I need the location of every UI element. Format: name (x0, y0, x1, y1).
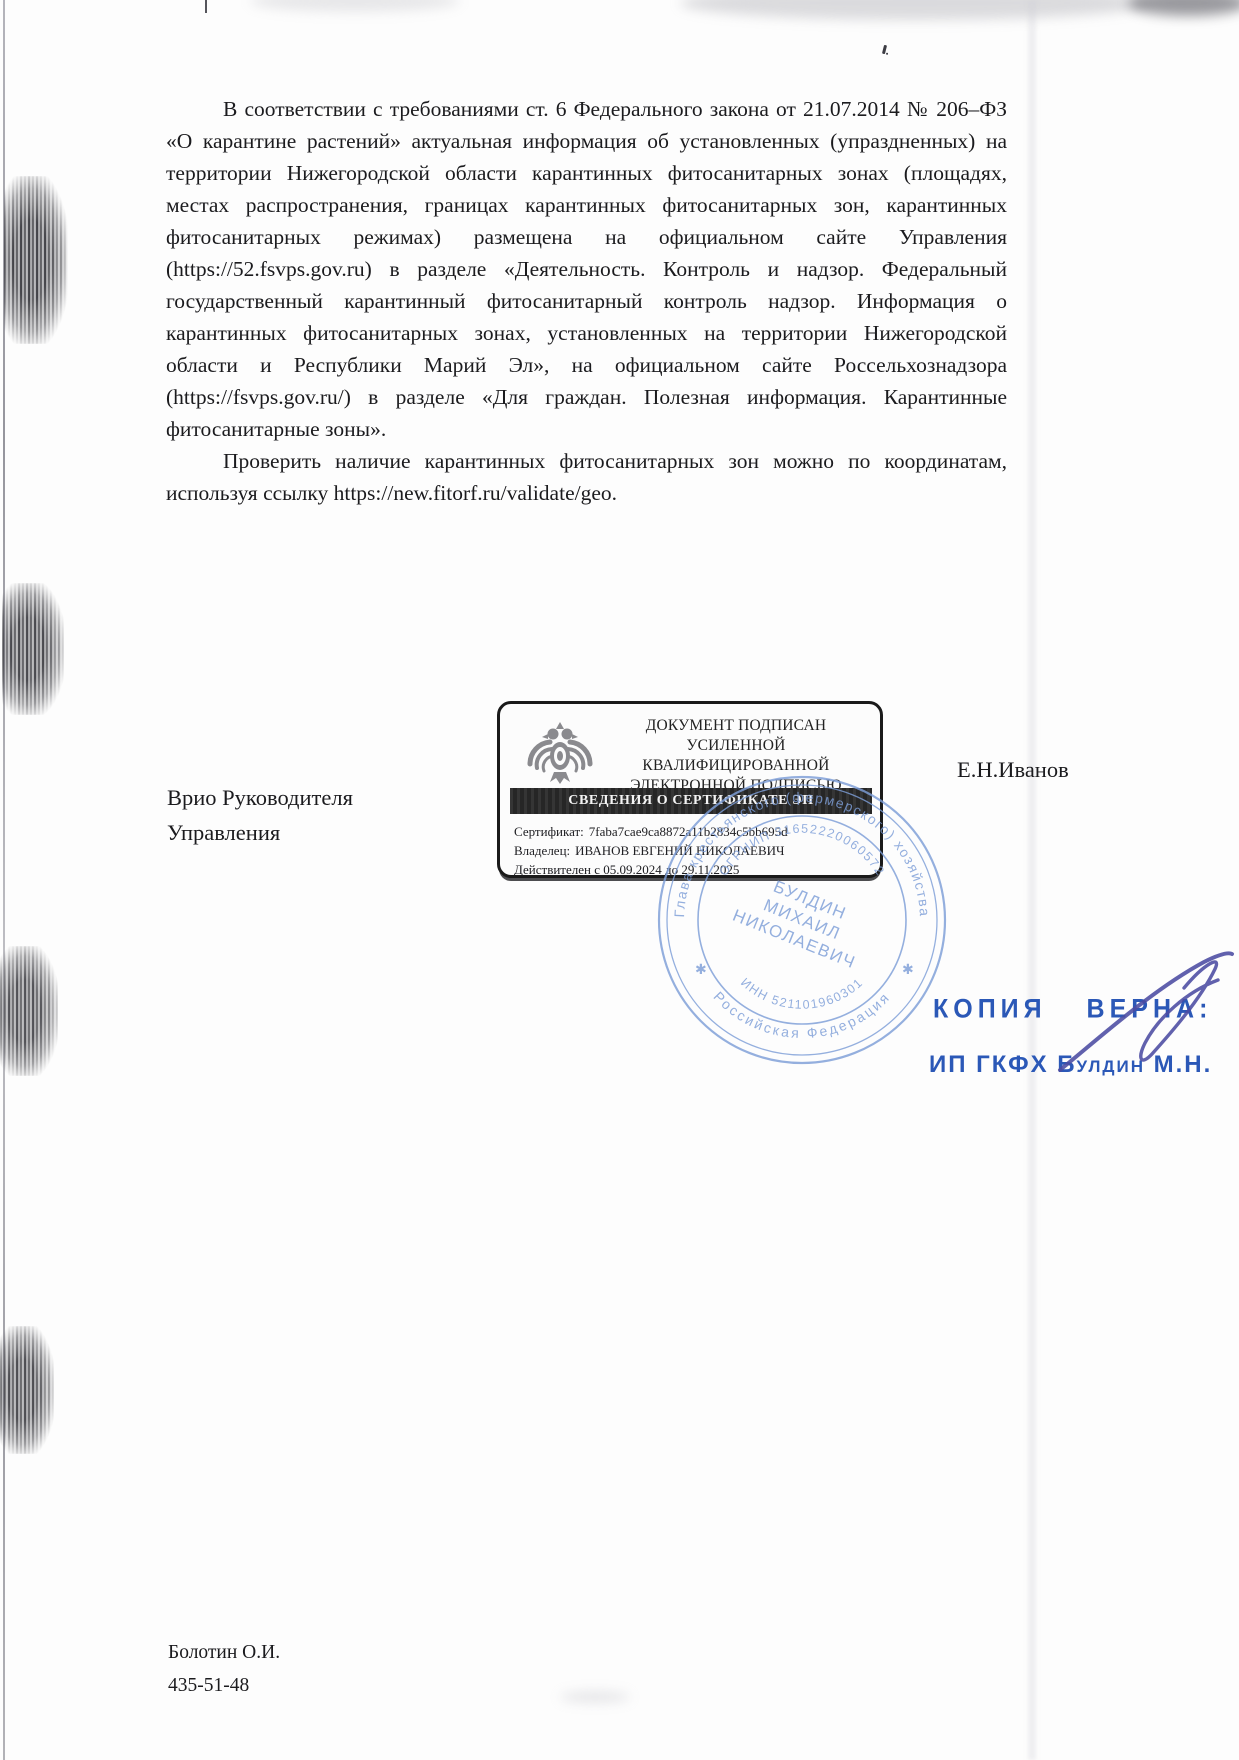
signatory-position-line1: Врио Руководителя (167, 780, 353, 815)
signatory-name: Е.Н.Иванов (957, 757, 1069, 783)
handwritten-signature-stroke (1052, 942, 1237, 1087)
double-eagle-emblem-icon (520, 712, 600, 792)
stamp-star-right-icon: ✱ (902, 961, 914, 977)
stamp-inner-ring-top-text: ОГРНИП 31652220060572 (716, 822, 887, 879)
letter-body: В соответствии с требованиями ст. 6 Феде… (166, 93, 1007, 509)
signatory-position: Врио Руководителя Управления (167, 780, 353, 850)
body-paragraph-1: В соответствии с требованиями ст. 6 Феде… (166, 93, 1007, 445)
svg-text:ИНН 521101960301: ИНН 521101960301 (738, 975, 866, 1012)
svg-text:ОГРНИП 31652220060572: ОГРНИП 31652220060572 (716, 822, 887, 879)
scan-speck (882, 45, 887, 54)
scan-smudge (680, 0, 1150, 20)
scan-ink-blotch (0, 1326, 54, 1454)
svg-text:Российская Федерация: Российская Федерация (711, 988, 894, 1041)
esign-title-line1: ДОКУМЕНТ ПОДПИСАН (596, 716, 876, 736)
body-paragraph-2: Проверить наличие карантинных фитосанита… (166, 445, 1007, 509)
footer-executor-block: Болотин О.И. 435-51-48 (168, 1636, 280, 1702)
scanned-letter-page: В соответствии с требованиями ст. 6 Феде… (0, 0, 1239, 1760)
scan-smudge (250, 0, 460, 12)
scan-ink-blotch (4, 176, 68, 344)
scan-ink-blotch (2, 583, 64, 715)
executor-name: Болотин О.И. (168, 1636, 280, 1669)
executor-phone: 435-51-48 (168, 1669, 280, 1702)
round-stamp: Глава крестьянского (фермерского) хозяйс… (650, 768, 955, 1073)
signatory-position-line2: Управления (167, 815, 353, 850)
scan-vertical-streak (1028, 0, 1036, 1760)
scan-smudge (560, 1692, 630, 1702)
scan-smudge (1128, 0, 1239, 16)
esign-owner-label: Владелец: (514, 843, 570, 858)
scan-ink-blotch (0, 946, 58, 1076)
scan-tick-mark (205, 0, 207, 13)
stamp-inner-ring-bottom-text: ИНН 521101960301 (738, 975, 866, 1012)
esign-certificate-label: Сертификат: (514, 824, 584, 839)
stamp-ring-bottom-text: Российская Федерация (711, 988, 894, 1041)
stamp-star-left-icon: ✱ (695, 961, 707, 977)
